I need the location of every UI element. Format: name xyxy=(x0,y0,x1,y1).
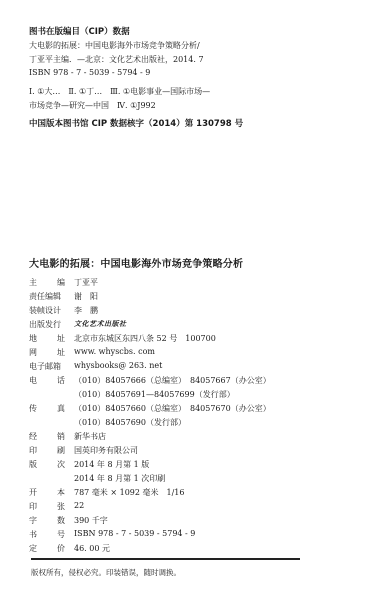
detail-label-text: 电子邮箱 xyxy=(29,361,61,372)
detail-row: 责任编辑谢 阳 xyxy=(29,291,98,302)
detail-label-text: 张 xyxy=(57,501,65,512)
detail-label-text: 电 xyxy=(29,375,37,386)
detail-row: 经销新华书店 xyxy=(29,431,106,442)
publisher-logo: 文化艺术出版社 xyxy=(74,319,127,330)
detail-row: （010）84057691—84057699（发行部） xyxy=(29,389,235,400)
detail-value: 国英印务有限公司 xyxy=(74,445,138,456)
detail-value: （010）84057691—84057699（发行部） xyxy=(74,389,235,400)
detail-label: 经销 xyxy=(29,431,65,442)
detail-value: （010）84057666（总编室） 84057667（办公室） xyxy=(74,375,271,386)
detail-value: 2014 年 8 月第 1 版 xyxy=(74,459,149,470)
detail-label: 印刷 xyxy=(29,445,65,456)
detail-label-text: 主 xyxy=(29,277,37,288)
detail-label-text: 真 xyxy=(57,403,65,414)
detail-label-text: 址 xyxy=(57,347,65,358)
detail-row: 传真（010）84057660（总编室） 84057670（办公室） xyxy=(29,403,271,414)
detail-row: 定价46. 00 元 xyxy=(29,543,110,554)
detail-label-text: 号 xyxy=(57,529,65,540)
cip-record-number: 中国版本图书馆 CIP 数据核字（2014）第 130798 号 xyxy=(29,117,243,129)
detail-label-text: 本 xyxy=(57,487,65,498)
detail-value: 2014 年 8 月第 1 次印刷 xyxy=(74,473,165,484)
cip-line: Ⅰ. ①大… Ⅱ. ①丁… Ⅲ. ①电影事业—国际市场— xyxy=(29,86,210,97)
detail-label: 开本 xyxy=(29,487,65,498)
detail-value[interactable]: www. whyscbs. com xyxy=(74,347,155,358)
detail-value: 丁亚平 xyxy=(74,277,98,288)
detail-label-text: 编 xyxy=(57,277,65,288)
detail-label: 网址 xyxy=(29,347,65,358)
detail-label: 电子邮箱 xyxy=(29,361,74,372)
detail-label xyxy=(29,473,74,484)
detail-label-text: 版 xyxy=(29,459,37,470)
detail-row: 开本787 毫米 × 1092 毫米 1/16 xyxy=(29,487,184,498)
detail-label: 定价 xyxy=(29,543,65,554)
detail-row: 电话（010）84057666（总编室） 84057667（办公室） xyxy=(29,375,271,386)
detail-row: 版次2014 年 8 月第 1 版 xyxy=(29,459,149,470)
detail-value: 李 鹏 xyxy=(74,305,98,316)
detail-label-text: 数 xyxy=(57,515,65,526)
detail-label: 字数 xyxy=(29,515,65,526)
cip-line: ISBN 978 - 7 - 5039 - 5794 - 9 xyxy=(29,68,150,77)
detail-row: 出版发行文化艺术出版社 xyxy=(29,319,127,330)
detail-row: 装帧设计李 鹏 xyxy=(29,305,98,316)
detail-row: 2014 年 8 月第 1 次印刷 xyxy=(29,473,165,484)
detail-value[interactable]: whysbooks@ 263. net xyxy=(74,361,162,372)
detail-row: （010）84057690（发行部） xyxy=(29,417,186,428)
detail-label-text: 销 xyxy=(57,431,65,442)
cip-heading: 图书在版编目（CIP）数据 xyxy=(29,25,130,37)
detail-value: 北京市东城区东四八条 52 号 100700 xyxy=(74,333,216,344)
detail-value: （010）84057660（总编室） 84057670（办公室） xyxy=(74,403,271,414)
detail-label-text: 字 xyxy=(29,515,37,526)
detail-value: ISBN 978 - 7 - 5039 - 5794 - 9 xyxy=(74,529,195,540)
copyright-notice: 版权所有，侵权必究。印装错误，随时调换。 xyxy=(31,567,181,578)
detail-label: 责任编辑 xyxy=(29,291,74,302)
detail-label: 印张 xyxy=(29,501,65,512)
detail-label: 电话 xyxy=(29,375,65,386)
detail-label xyxy=(29,389,74,400)
detail-label-text: 装帧设计 xyxy=(29,305,61,316)
detail-label: 装帧设计 xyxy=(29,305,74,316)
detail-label-text: 开 xyxy=(29,487,37,498)
detail-label xyxy=(29,417,74,428)
detail-value: （010）84057690（发行部） xyxy=(74,417,186,428)
cip-line: 市场竞争—研究—中国 Ⅳ. ①J992 xyxy=(29,100,156,111)
detail-label-text: 价 xyxy=(57,543,65,554)
detail-value: 22 xyxy=(74,501,84,512)
detail-label: 主编 xyxy=(29,277,65,288)
book-title: 大电影的拓展：中国电影海外市场竞争策略分析 xyxy=(29,255,243,270)
detail-label: 出版发行 xyxy=(29,319,74,330)
detail-value: 390 千字 xyxy=(74,515,108,526)
detail-row: 字数390 千字 xyxy=(29,515,108,526)
detail-label-text: 次 xyxy=(57,459,65,470)
detail-label-text: 网 xyxy=(29,347,37,358)
detail-row: 印张22 xyxy=(29,501,84,512)
detail-label-text: 话 xyxy=(57,375,65,386)
detail-label-text: 印 xyxy=(29,501,37,512)
detail-label-text: 定 xyxy=(29,543,37,554)
detail-label-text: 印 xyxy=(29,445,37,456)
cip-line: 大电影的拓展：中国电影海外市场竞争策略分析/ xyxy=(29,40,200,51)
detail-value: 787 毫米 × 1092 毫米 1/16 xyxy=(74,487,184,498)
detail-label: 书号 xyxy=(29,529,65,540)
detail-label-text: 责任编辑 xyxy=(29,291,61,302)
detail-label: 传真 xyxy=(29,403,65,414)
detail-label-text: 出版发行 xyxy=(29,319,61,330)
detail-row: 电子邮箱whysbooks@ 263. net xyxy=(29,361,162,372)
detail-label-text: 经 xyxy=(29,431,37,442)
detail-row: 印刷国英印务有限公司 xyxy=(29,445,138,456)
detail-label-text: 传 xyxy=(29,403,37,414)
detail-label-text: 书 xyxy=(29,529,37,540)
detail-label-text: 刷 xyxy=(57,445,65,456)
cip-line: 丁亚平主编．—北京：文化艺术出版社，2014. 7 xyxy=(29,54,204,65)
detail-value: 谢 阳 xyxy=(74,291,98,302)
detail-row: 地址北京市东城区东四八条 52 号 100700 xyxy=(29,333,216,344)
detail-label: 版次 xyxy=(29,459,65,470)
detail-row: 主编丁亚平 xyxy=(29,277,98,288)
detail-value: 新华书店 xyxy=(74,431,106,442)
detail-label-text: 址 xyxy=(57,333,65,344)
detail-row: 书号ISBN 978 - 7 - 5039 - 5794 - 9 xyxy=(29,529,195,540)
divider xyxy=(31,558,300,560)
detail-row: 网址www. whyscbs. com xyxy=(29,347,155,358)
detail-label-text: 地 xyxy=(29,333,37,344)
detail-label: 地址 xyxy=(29,333,65,344)
detail-value: 46. 00 元 xyxy=(74,543,110,554)
